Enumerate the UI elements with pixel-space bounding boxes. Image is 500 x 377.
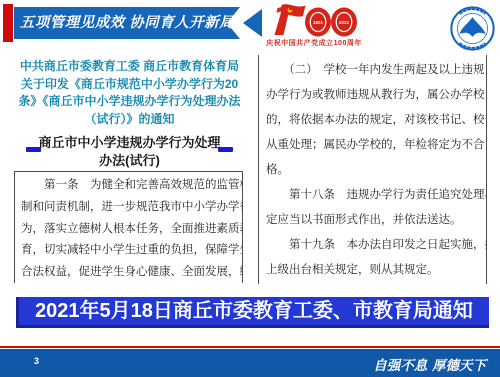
- body-text-line: 第一条 为健全和完善高效规范的监管机: [21, 175, 236, 197]
- section-title-line: 商丘市中小学违规办学行为处理: [14, 134, 245, 152]
- document-title-line: 关于印发《商丘市规范中小学办学行为20: [12, 76, 247, 94]
- header-banner-title: 五项管理见成效 协同育人开新局: [14, 7, 240, 39]
- anniversary-100-icon: 1921 2021: [266, 4, 362, 37]
- notice-banner: 2021年5月18日商丘市委教育工委、市教育局通知: [16, 297, 489, 328]
- document-title-line: （试行）》的通知: [12, 111, 247, 129]
- svg-text:2021: 2021: [339, 20, 350, 25]
- body-text-line: 从重处理；属民办学校的，年检将定为不合: [266, 133, 479, 158]
- body-text-line: 上级出台相关规定，则从其规定。: [266, 258, 479, 283]
- right-text-box: （二） 学校一年内发生两起及以上违规 办学行为或教师违规从教行为，属公办学校 的…: [258, 55, 487, 284]
- footer-motto: 自强不息 厚德天下: [373, 354, 486, 374]
- title-dash-right-icon: [218, 147, 233, 152]
- banner-arrow-icon: [243, 9, 262, 37]
- svg-text:1921: 1921: [313, 20, 324, 25]
- footer-bar: 3 自强不息 厚德天下: [0, 349, 500, 377]
- body-text-line: 定应当以书面形式作出，并依法送达。: [266, 208, 479, 233]
- body-text-line: 的，将依据本办法的规定，对该校书记、校长: [266, 108, 479, 133]
- header-red-accent-bar: [3, 4, 13, 42]
- school-emblem-icon: [449, 5, 496, 52]
- page-number: 3: [34, 356, 39, 366]
- body-text-line: 第十九条 本办法自印发之日起实施，如: [266, 233, 479, 258]
- body-text-line: 合法权益，促进学生身心健康、全面发展，维: [21, 262, 236, 283]
- body-text-line: 格。: [266, 158, 479, 183]
- document-title-line: 中共商丘市委教育工委 商丘市教育体育局: [12, 58, 247, 76]
- body-text-line: 为，落实立德树人根本任务，全面推进素质教: [21, 219, 236, 241]
- body-text-line: 育，切实减轻中小学生过重的负担，保障学生: [21, 240, 236, 262]
- document-title-line: 条》《商丘市中小学违规办学行为处理办法: [12, 93, 247, 111]
- section-title: 商丘市中小学违规办学行为处理 办法(试行): [14, 134, 245, 170]
- document-title: 中共商丘市委教育工委 商丘市教育体育局 关于印发《商丘市规范中小学办学行为20 …: [12, 58, 247, 128]
- body-text-line: （二） 学校一年内发生两起及以上违规: [266, 58, 479, 83]
- section-title-line: 办法(试行): [14, 152, 245, 170]
- slide-canvas: 五项管理见成效 协同育人开新局 1921 2021 庆祝中国共产党成立100周年: [0, 0, 500, 377]
- anniversary-100-logo: 1921 2021 庆祝中国共产党成立100周年: [266, 4, 362, 48]
- header-banner: 五项管理见成效 协同育人开新局: [14, 7, 262, 39]
- left-text-box: 第一条 为健全和完善高效规范的监管机 制和问责机制，进一步规范我市中小学办学行 …: [14, 171, 243, 283]
- footer-red-line: [0, 346, 500, 348]
- title-dash-left-icon: [26, 147, 41, 152]
- body-text-line: 制和问责机制，进一步规范我市中小学办学行: [21, 197, 236, 219]
- body-text-line: 办学行为或教师违规从教行为，属公办学校: [266, 83, 479, 108]
- body-text-line: 第十八条 违规办学行为责任追究处理决: [266, 183, 479, 208]
- anniversary-caption: 庆祝中国共产党成立100周年: [266, 38, 362, 48]
